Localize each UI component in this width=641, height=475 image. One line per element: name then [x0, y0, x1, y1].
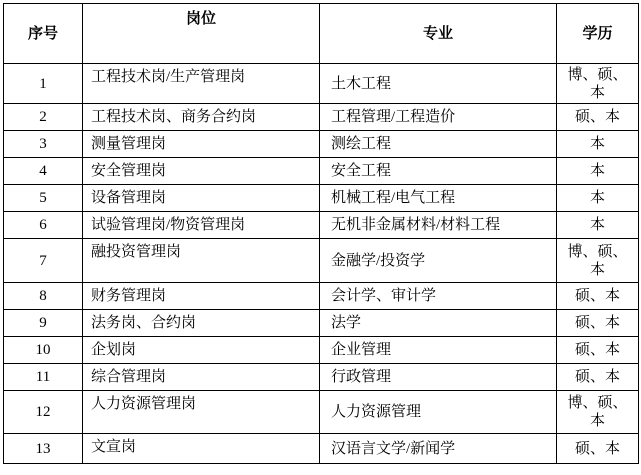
major-cell: 金融学/投资学 [320, 239, 557, 283]
serial-number-cell: 10 [4, 337, 83, 364]
position-cell: 人力资源管理岗 [83, 391, 320, 434]
education-cell: 本 [557, 131, 639, 158]
table-row: 10 企划岗 企业管理 硕、本 [4, 337, 639, 364]
position-cell: 文宣岗 [83, 434, 320, 464]
major-cell: 企业管理 [320, 337, 557, 364]
table-row: 13 文宣岗 汉语言文学/新闻学 硕、本 [4, 434, 639, 464]
education-cell: 本 [557, 185, 639, 212]
major-cell: 工程管理/工程造价 [320, 104, 557, 131]
major-cell: 机械工程/电气工程 [320, 185, 557, 212]
education-cell: 本 [557, 212, 639, 239]
major-cell: 汉语言文学/新闻学 [320, 434, 557, 464]
serial-number-cell: 4 [4, 158, 83, 185]
header-serial-number: 序号 [4, 4, 83, 64]
table-header-row: 序号 岗位 专业 学历 [4, 4, 639, 64]
major-cell: 无机非金属材料/材料工程 [320, 212, 557, 239]
education-cell: 本 [557, 158, 639, 185]
position-cell: 试验管理岗/物资管理岗 [83, 212, 320, 239]
major-cell: 测绘工程 [320, 131, 557, 158]
serial-number-cell: 5 [4, 185, 83, 212]
table-row: 6 试验管理岗/物资管理岗 无机非金属材料/材料工程 本 [4, 212, 639, 239]
table-row: 5 设备管理岗 机械工程/电气工程 本 [4, 185, 639, 212]
education-cell: 硕、本 [557, 283, 639, 310]
position-cell: 企划岗 [83, 337, 320, 364]
major-cell: 安全工程 [320, 158, 557, 185]
position-cell: 综合管理岗 [83, 364, 320, 391]
education-cell: 博、硕、 本 [557, 391, 639, 434]
serial-number-cell: 11 [4, 364, 83, 391]
major-cell: 会计学、审计学 [320, 283, 557, 310]
education-cell: 博、硕、 本 [557, 239, 639, 283]
serial-number-cell: 9 [4, 310, 83, 337]
table-row: 8 财务管理岗 会计学、审计学 硕、本 [4, 283, 639, 310]
position-cell: 测量管理岗 [83, 131, 320, 158]
table-row: 2 工程技术岗、商务合约岗 工程管理/工程造价 硕、本 [4, 104, 639, 131]
serial-number-cell: 8 [4, 283, 83, 310]
table-row: 4 安全管理岗 安全工程 本 [4, 158, 639, 185]
education-cell: 硕、本 [557, 337, 639, 364]
table-row: 1 工程技术岗/生产管理岗 土木工程 博、硕、 本 [4, 64, 639, 104]
position-cell: 设备管理岗 [83, 185, 320, 212]
recruitment-positions-table: 序号 岗位 专业 学历 1 工程技术岗/生产管理岗 土木工程 博、硕、 本 2 … [3, 3, 639, 464]
major-cell: 人力资源管理 [320, 391, 557, 434]
education-cell: 硕、本 [557, 104, 639, 131]
table-row: 11 综合管理岗 行政管理 硕、本 [4, 364, 639, 391]
serial-number-cell: 7 [4, 239, 83, 283]
serial-number-cell: 1 [4, 64, 83, 104]
major-cell: 法学 [320, 310, 557, 337]
position-cell: 安全管理岗 [83, 158, 320, 185]
education-cell: 硕、本 [557, 310, 639, 337]
position-cell: 法务岗、合约岗 [83, 310, 320, 337]
position-cell: 工程技术岗、商务合约岗 [83, 104, 320, 131]
education-cell: 硕、本 [557, 364, 639, 391]
education-cell: 硕、本 [557, 434, 639, 464]
education-cell: 博、硕、 本 [557, 64, 639, 104]
position-cell: 财务管理岗 [83, 283, 320, 310]
table-row: 9 法务岗、合约岗 法学 硕、本 [4, 310, 639, 337]
table-row: 3 测量管理岗 测绘工程 本 [4, 131, 639, 158]
serial-number-cell: 2 [4, 104, 83, 131]
position-cell: 工程技术岗/生产管理岗 [83, 64, 320, 104]
major-cell: 行政管理 [320, 364, 557, 391]
table-row: 12 人力资源管理岗 人力资源管理 博、硕、 本 [4, 391, 639, 434]
header-major: 专业 [320, 4, 557, 64]
major-cell: 土木工程 [320, 64, 557, 104]
serial-number-cell: 6 [4, 212, 83, 239]
header-position: 岗位 [83, 4, 320, 64]
serial-number-cell: 3 [4, 131, 83, 158]
serial-number-cell: 12 [4, 391, 83, 434]
serial-number-cell: 13 [4, 434, 83, 464]
table-row: 7 融投资管理岗 金融学/投资学 博、硕、 本 [4, 239, 639, 283]
position-cell: 融投资管理岗 [83, 239, 320, 283]
header-education: 学历 [557, 4, 639, 64]
